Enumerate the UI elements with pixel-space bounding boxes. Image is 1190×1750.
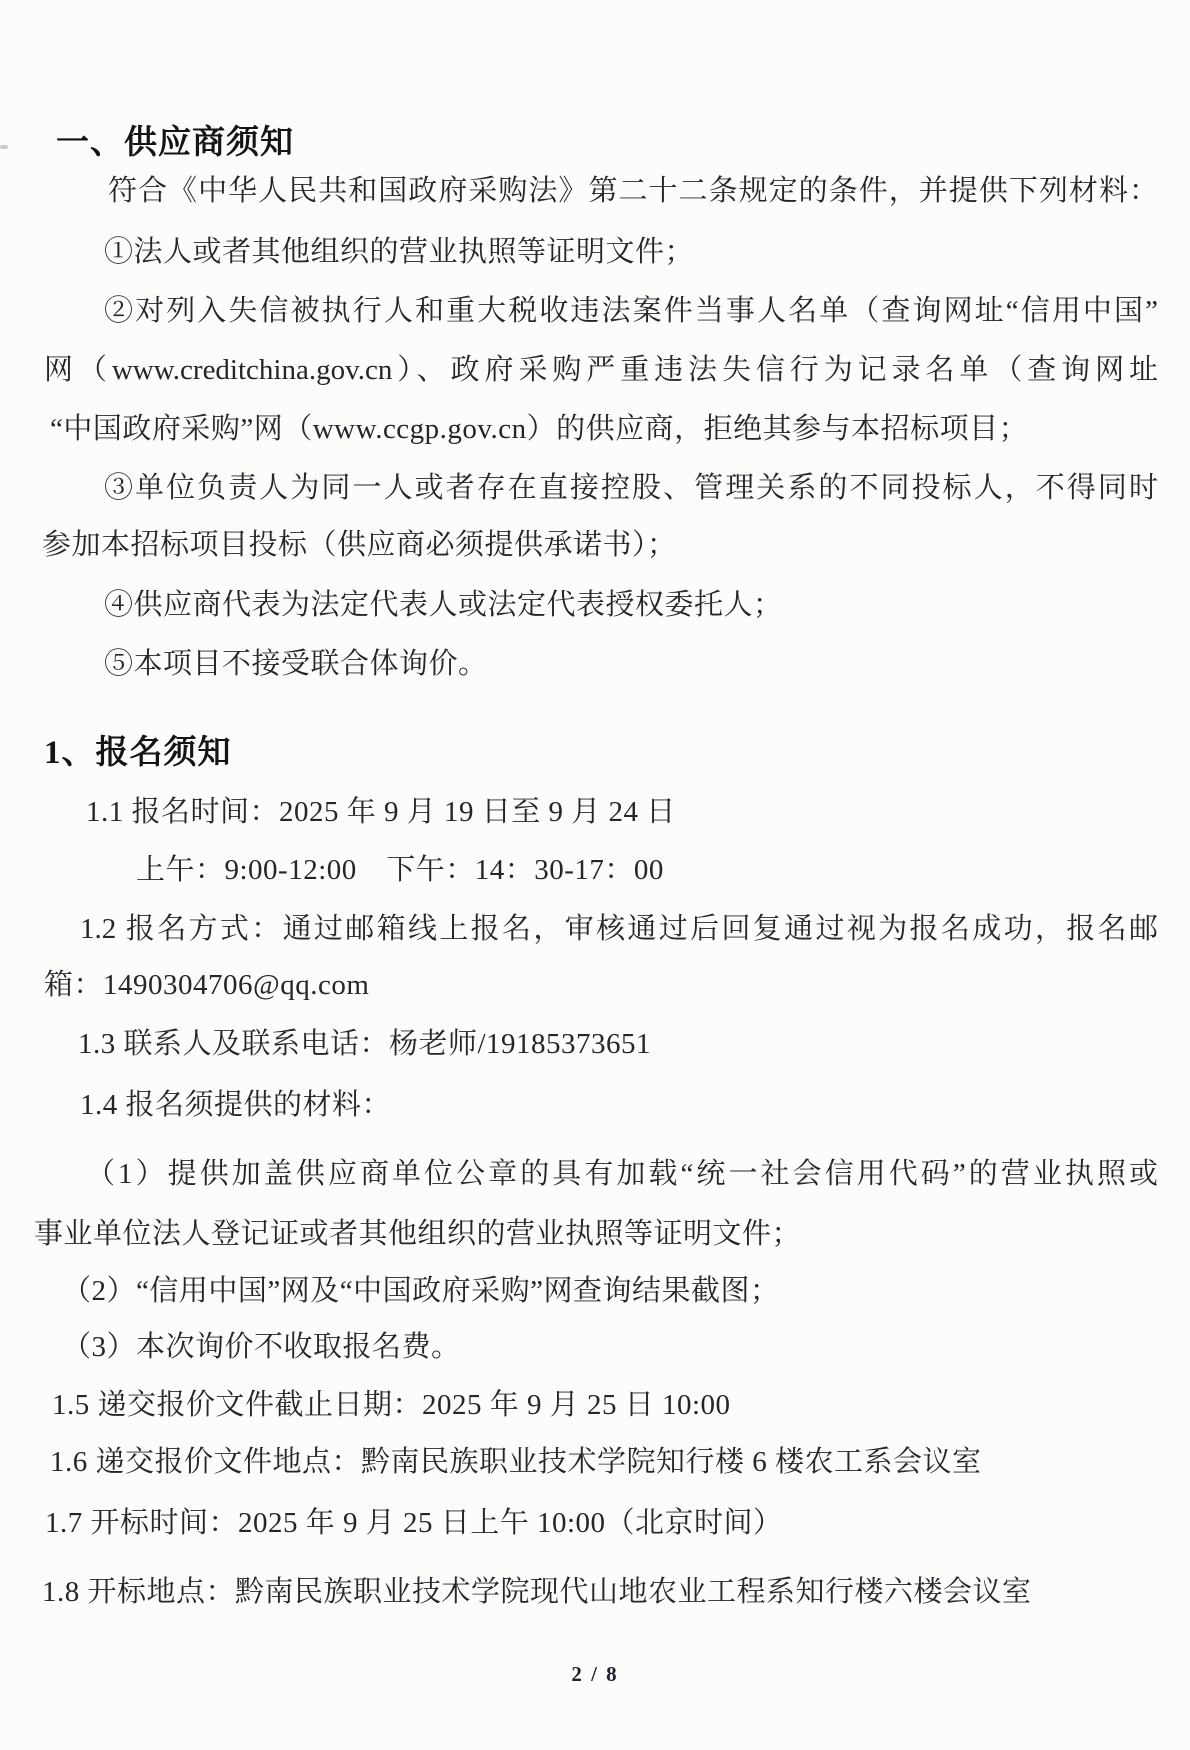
registration-notice-heading: 1、报名须知	[44, 734, 232, 774]
clause-1-2-email: 箱：1490304706@qq.com	[44, 968, 369, 1003]
supplier-item-3-line-2: 参加本招标项目投标（供应商必须提供承诺书）；	[42, 528, 677, 563]
clause-1-1: 1.1 报名时间：2025 年 9 月 19 日至 9 月 24 日	[86, 795, 676, 830]
clause-1-4-material-1-cont: 事业单位法人登记证或者其他组织的营业执照等证明文件；	[34, 1217, 801, 1252]
scan-artifact-mark	[0, 145, 8, 149]
supplier-item-5-line: ⑤本项目不接受联合体询价。	[104, 647, 488, 682]
clause-1-1-time: 上午：9:00-12:00 下午：14：30-17：00	[136, 853, 664, 888]
supplier-item-2-line-3: “中国政府采购”网（www.ccgp.gov.cn）的供应商，拒绝其参与本招标项…	[50, 412, 1028, 447]
supplier-item-4-line: ④供应商代表为法定代表人或法定代表授权委托人；	[104, 588, 783, 623]
clause-1-4-material-3: （3）本次询价不收取报名费。	[62, 1330, 461, 1365]
supplier-item-1-line: ①法人或者其他组织的营业执照等证明文件；	[104, 235, 694, 270]
supplier-item-3-line: ③单位负责人为同一人或者存在直接控股、管理关系的不同投标人，不得同时	[104, 471, 1158, 506]
clause-1-5-deadline: 1.5 递交报价文件截止日期：2025 年 9 月 25 日 10:00	[52, 1388, 731, 1423]
clause-1-7-open-time: 1.7 开标时间：2025 年 9 月 25 日上午 10:00（北京时间）	[45, 1506, 783, 1541]
clause-1-2: 1.2 报名方式：通过邮箱线上报名，审核通过后回复通过视为报名成功，报名邮	[80, 912, 1158, 947]
clause-1-4: 1.4 报名须提供的材料：	[80, 1088, 391, 1123]
clause-1-4-material-2: （2）“信用中国”网及“中国政府采购”网查询结果截图；	[62, 1274, 780, 1309]
supplier-item-2-line: ②对列入失信被执行人和重大税收违法案件当事人名单（查询网址“信用中国”	[104, 294, 1158, 329]
supplier-notice-intro-line: 符合《中华人民共和国政府采购法》第二十二条规定的条件，并提供下列材料：	[108, 174, 1158, 209]
clause-1-6-location: 1.6 递交报价文件地点：黔南民族职业技术学院知行楼 6 楼农工系会议室	[50, 1445, 982, 1480]
supplier-item-2-line-2: 网（www.creditchina.gov.cn）、政府采购严重违法失信行为记录…	[44, 353, 1158, 388]
supplier-notice-heading: 一、供应商须知	[56, 124, 294, 164]
clause-1-3-contact: 1.3 联系人及联系电话：杨老师/19185373651	[78, 1027, 651, 1062]
scanned-document-page: 一、供应商须知 符合《中华人民共和国政府采购法》第二十二条规定的条件，并提供下列…	[0, 0, 1190, 1750]
page-number: 2 / 8	[0, 1662, 1190, 1687]
clause-1-8-open-location: 1.8 开标地点：黔南民族职业技术学院现代山地农业工程系知行楼六楼会议室	[42, 1575, 1032, 1610]
clause-1-4-material-1: （1）提供加盖供应商单位公章的具有加载“统一社会信用代码”的营业执照或	[86, 1157, 1158, 1192]
